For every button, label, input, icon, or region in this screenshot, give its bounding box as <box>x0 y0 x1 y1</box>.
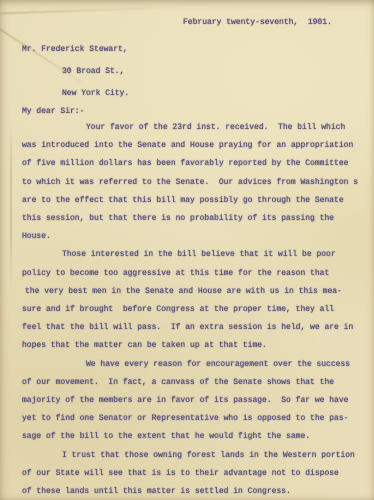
date-row: February twenty-seventh, 1901. <box>0 0 374 31</box>
letter-line: the very best men in the Senate and Hous… <box>22 283 359 301</box>
letter-line: of these lands until this matter is sett… <box>22 483 359 500</box>
recipient-name: Mr. Frederick Stewart, <box>22 39 374 61</box>
letter-line: We have every reason for encouragement o… <box>22 356 359 374</box>
letter-line: majority of the members are in favor of … <box>22 392 359 410</box>
recipient-address: Mr. Frederick Stewart, 30 Broad St., New… <box>0 39 374 105</box>
letter-line: policy to become too aggressive at this … <box>22 265 359 283</box>
letter-line: feel that the bill will pass. If an extr… <box>22 319 359 337</box>
letter-body: Your favor of the 23rd inst. received. T… <box>0 119 374 500</box>
salutation-row: My dear Sir:- <box>0 105 374 119</box>
letter-line: was introduced into the Senate and House… <box>22 137 359 155</box>
letter-line: this session, but that there is no proba… <box>22 210 359 228</box>
recipient-city: New York City. <box>22 83 374 105</box>
salutation: My dear Sir:- <box>22 105 374 119</box>
letter-page: February twenty-seventh, 1901. Mr. Frede… <box>0 0 374 500</box>
letter-line: House. <box>22 228 359 246</box>
date-line: February twenty-seventh, 1901. <box>22 15 374 31</box>
letter-line: of our State will see that is is to thei… <box>22 465 359 483</box>
letter-line: are to the effect that this bill may pos… <box>22 192 359 210</box>
recipient-street: 30 Broad St., <box>22 61 374 83</box>
letter-line: Your favor of the 23rd inst. received. T… <box>22 119 359 137</box>
letter-line: of our movement. In fact, a canvass of t… <box>22 374 359 392</box>
letter-line: hopes that the matter can be taken up at… <box>22 337 359 355</box>
letter-line: yet to find one Senator or Representativ… <box>22 410 359 428</box>
letter-line: to which it was referred to the Senate. … <box>22 174 359 192</box>
letter-line: of five million dollars has been favorab… <box>22 155 359 173</box>
letter-line: Those interested in the bill believe tha… <box>22 246 359 264</box>
letter-line: I trust that those owning forest lands i… <box>22 447 359 465</box>
letter-line: sure and if brought before Congress at t… <box>22 301 359 319</box>
letter-line: sage of the bill to the extent that he w… <box>22 428 359 446</box>
